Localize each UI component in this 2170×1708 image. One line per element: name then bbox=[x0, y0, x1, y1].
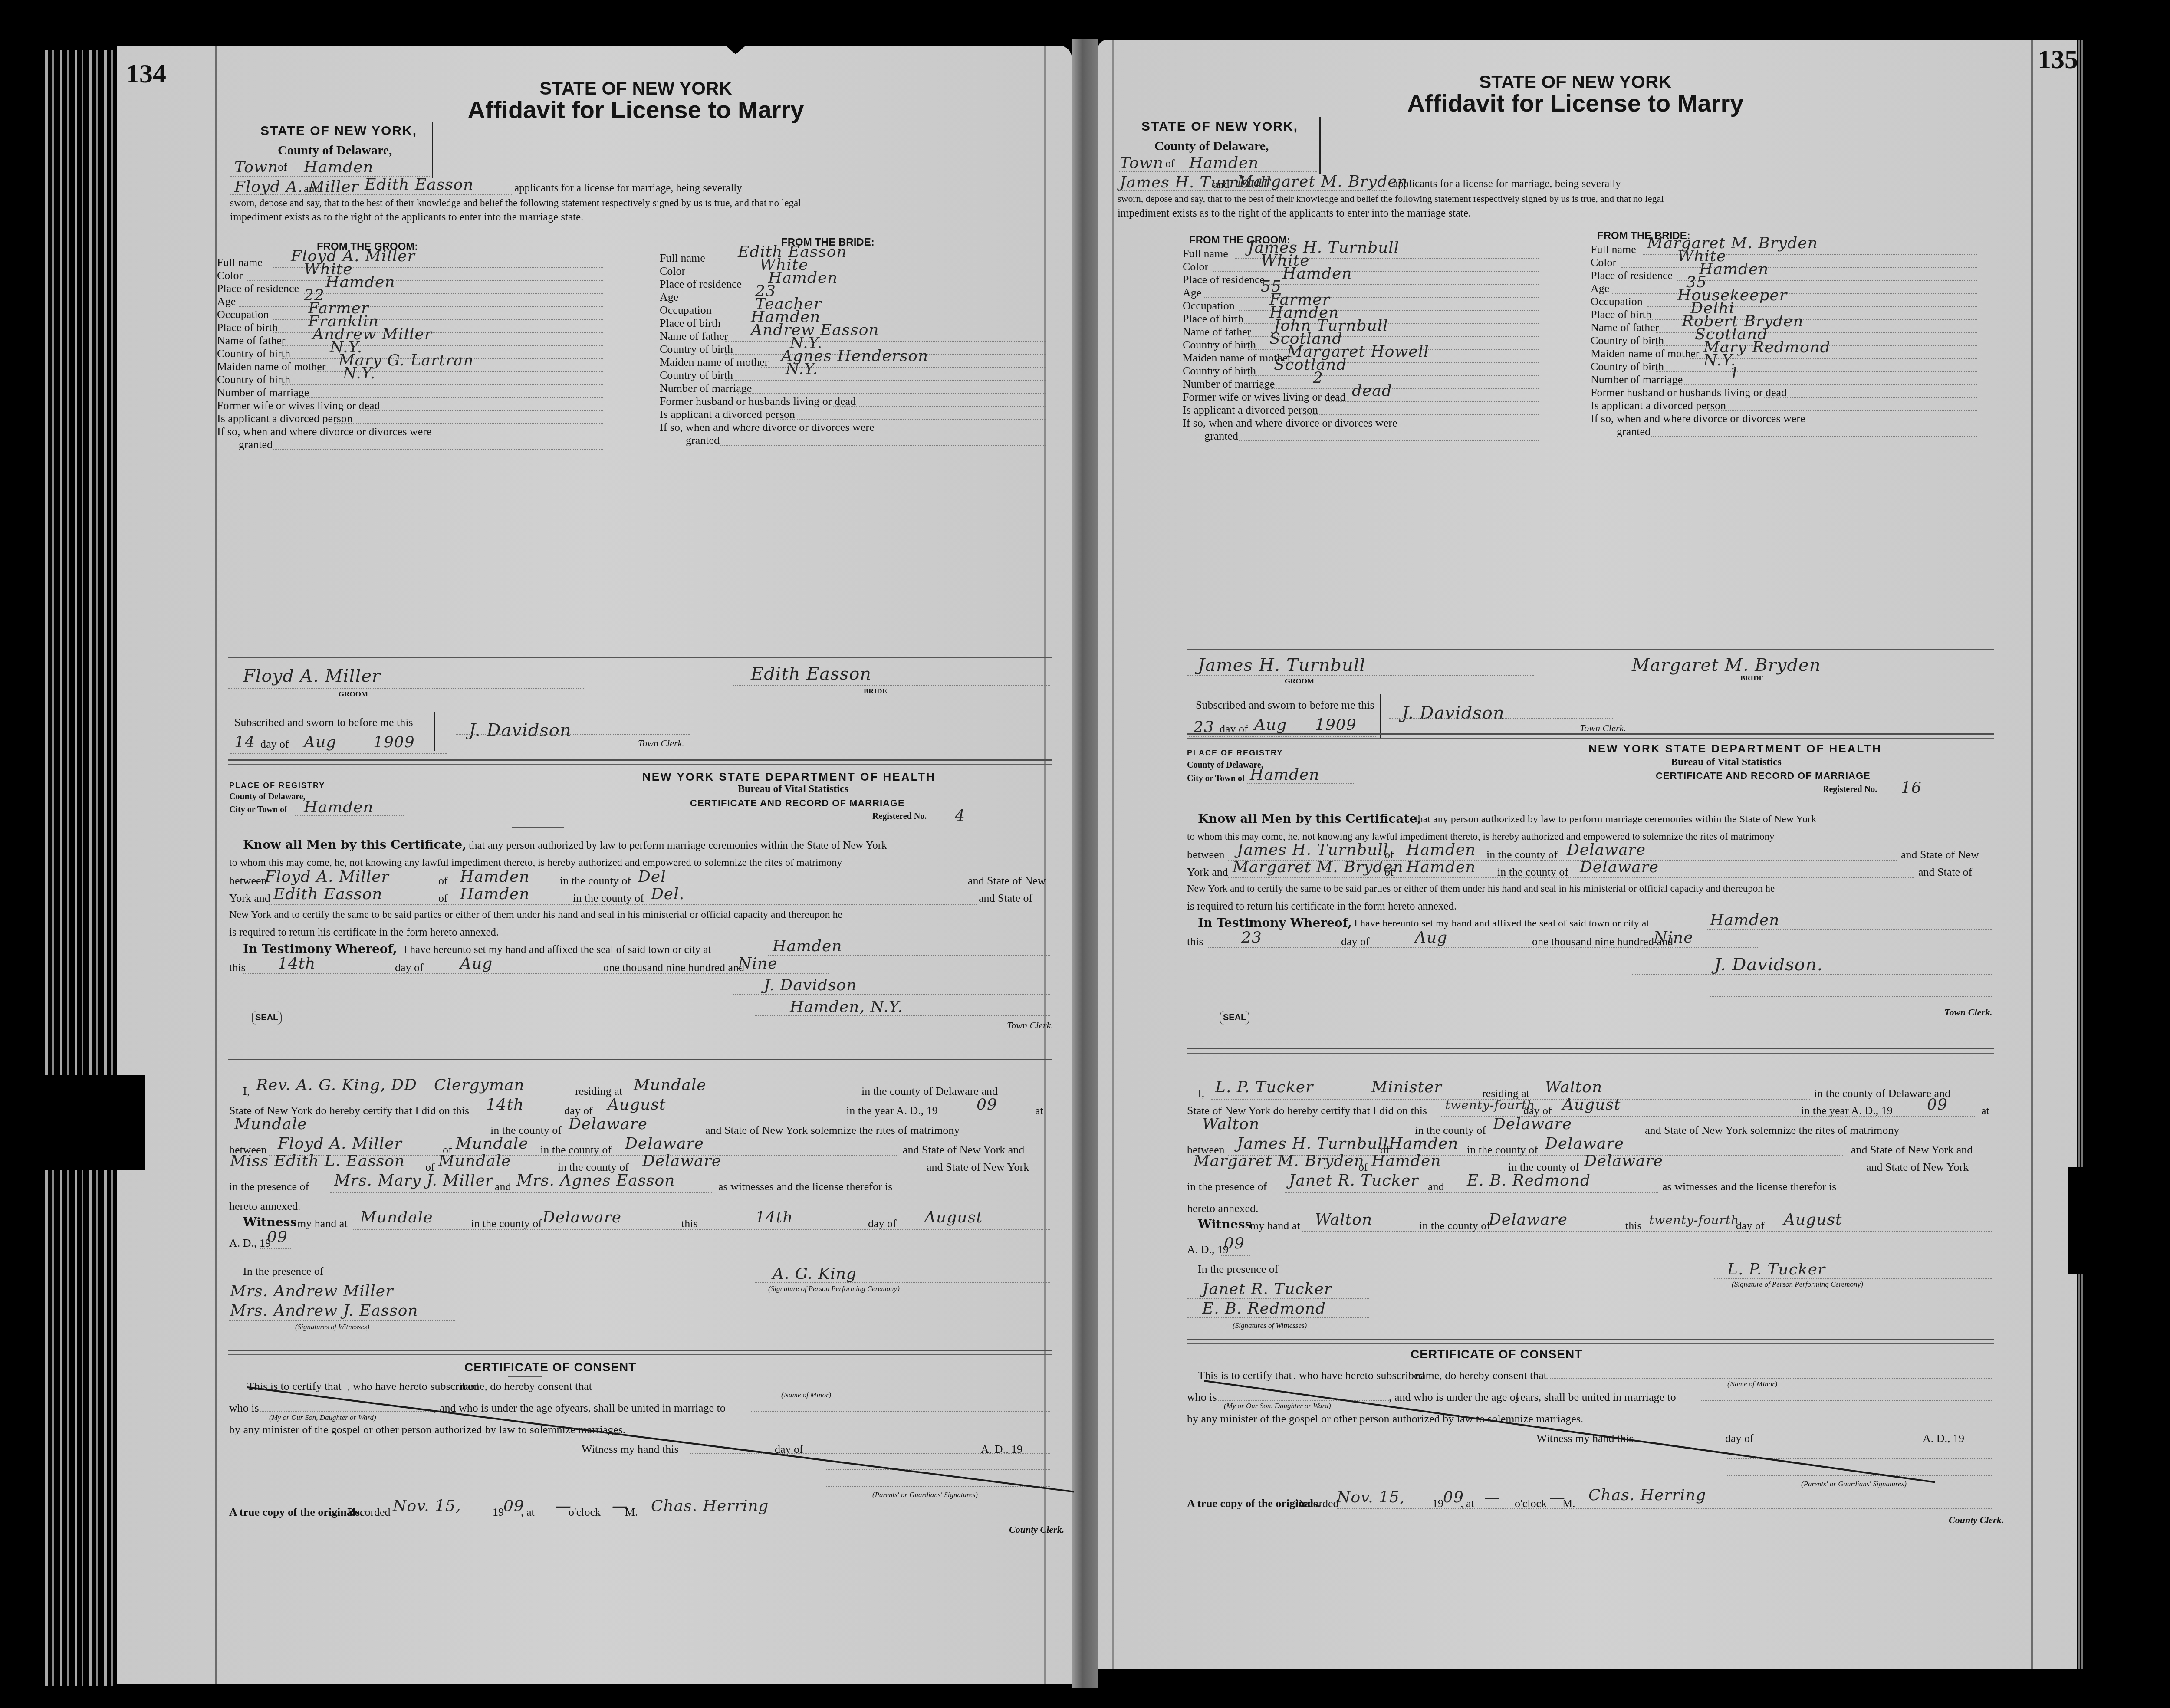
right-margin-line bbox=[2031, 40, 2033, 1669]
left-page-edges bbox=[39, 50, 119, 1686]
form-title: Affidavit for License to Marry bbox=[217, 95, 1055, 124]
page-number: 135 bbox=[2038, 44, 2078, 75]
right-inner-line bbox=[1112, 40, 1114, 1669]
venue-state: STATE OF NEW YORK, bbox=[260, 124, 417, 138]
venue-county: County of Delaware, bbox=[278, 143, 392, 158]
venue-brace bbox=[432, 122, 433, 178]
seal: SEAL bbox=[1220, 1011, 1249, 1025]
right-page-edge bbox=[2077, 40, 2085, 1669]
left-book-tab bbox=[0, 1075, 145, 1170]
page-number: 134 bbox=[126, 59, 166, 89]
book-gutter bbox=[1072, 39, 1098, 1688]
left-margin-line bbox=[215, 46, 217, 1684]
applicant-groom: Floyd A. Miller bbox=[234, 178, 359, 196]
seal: SEAL bbox=[252, 1011, 282, 1025]
groom-signature: Floyd A. Miller bbox=[243, 666, 381, 686]
clerk-signature: J. Davidson bbox=[469, 720, 572, 740]
venue-town: Hamden bbox=[304, 158, 374, 176]
right-book-tab bbox=[2068, 1167, 2170, 1274]
venue-town-prefix: Town bbox=[234, 158, 278, 176]
bride-signature: Edith Easson bbox=[751, 664, 871, 684]
applicant-bride: Edith Easson bbox=[365, 176, 473, 194]
venue-of: of bbox=[278, 161, 287, 174]
